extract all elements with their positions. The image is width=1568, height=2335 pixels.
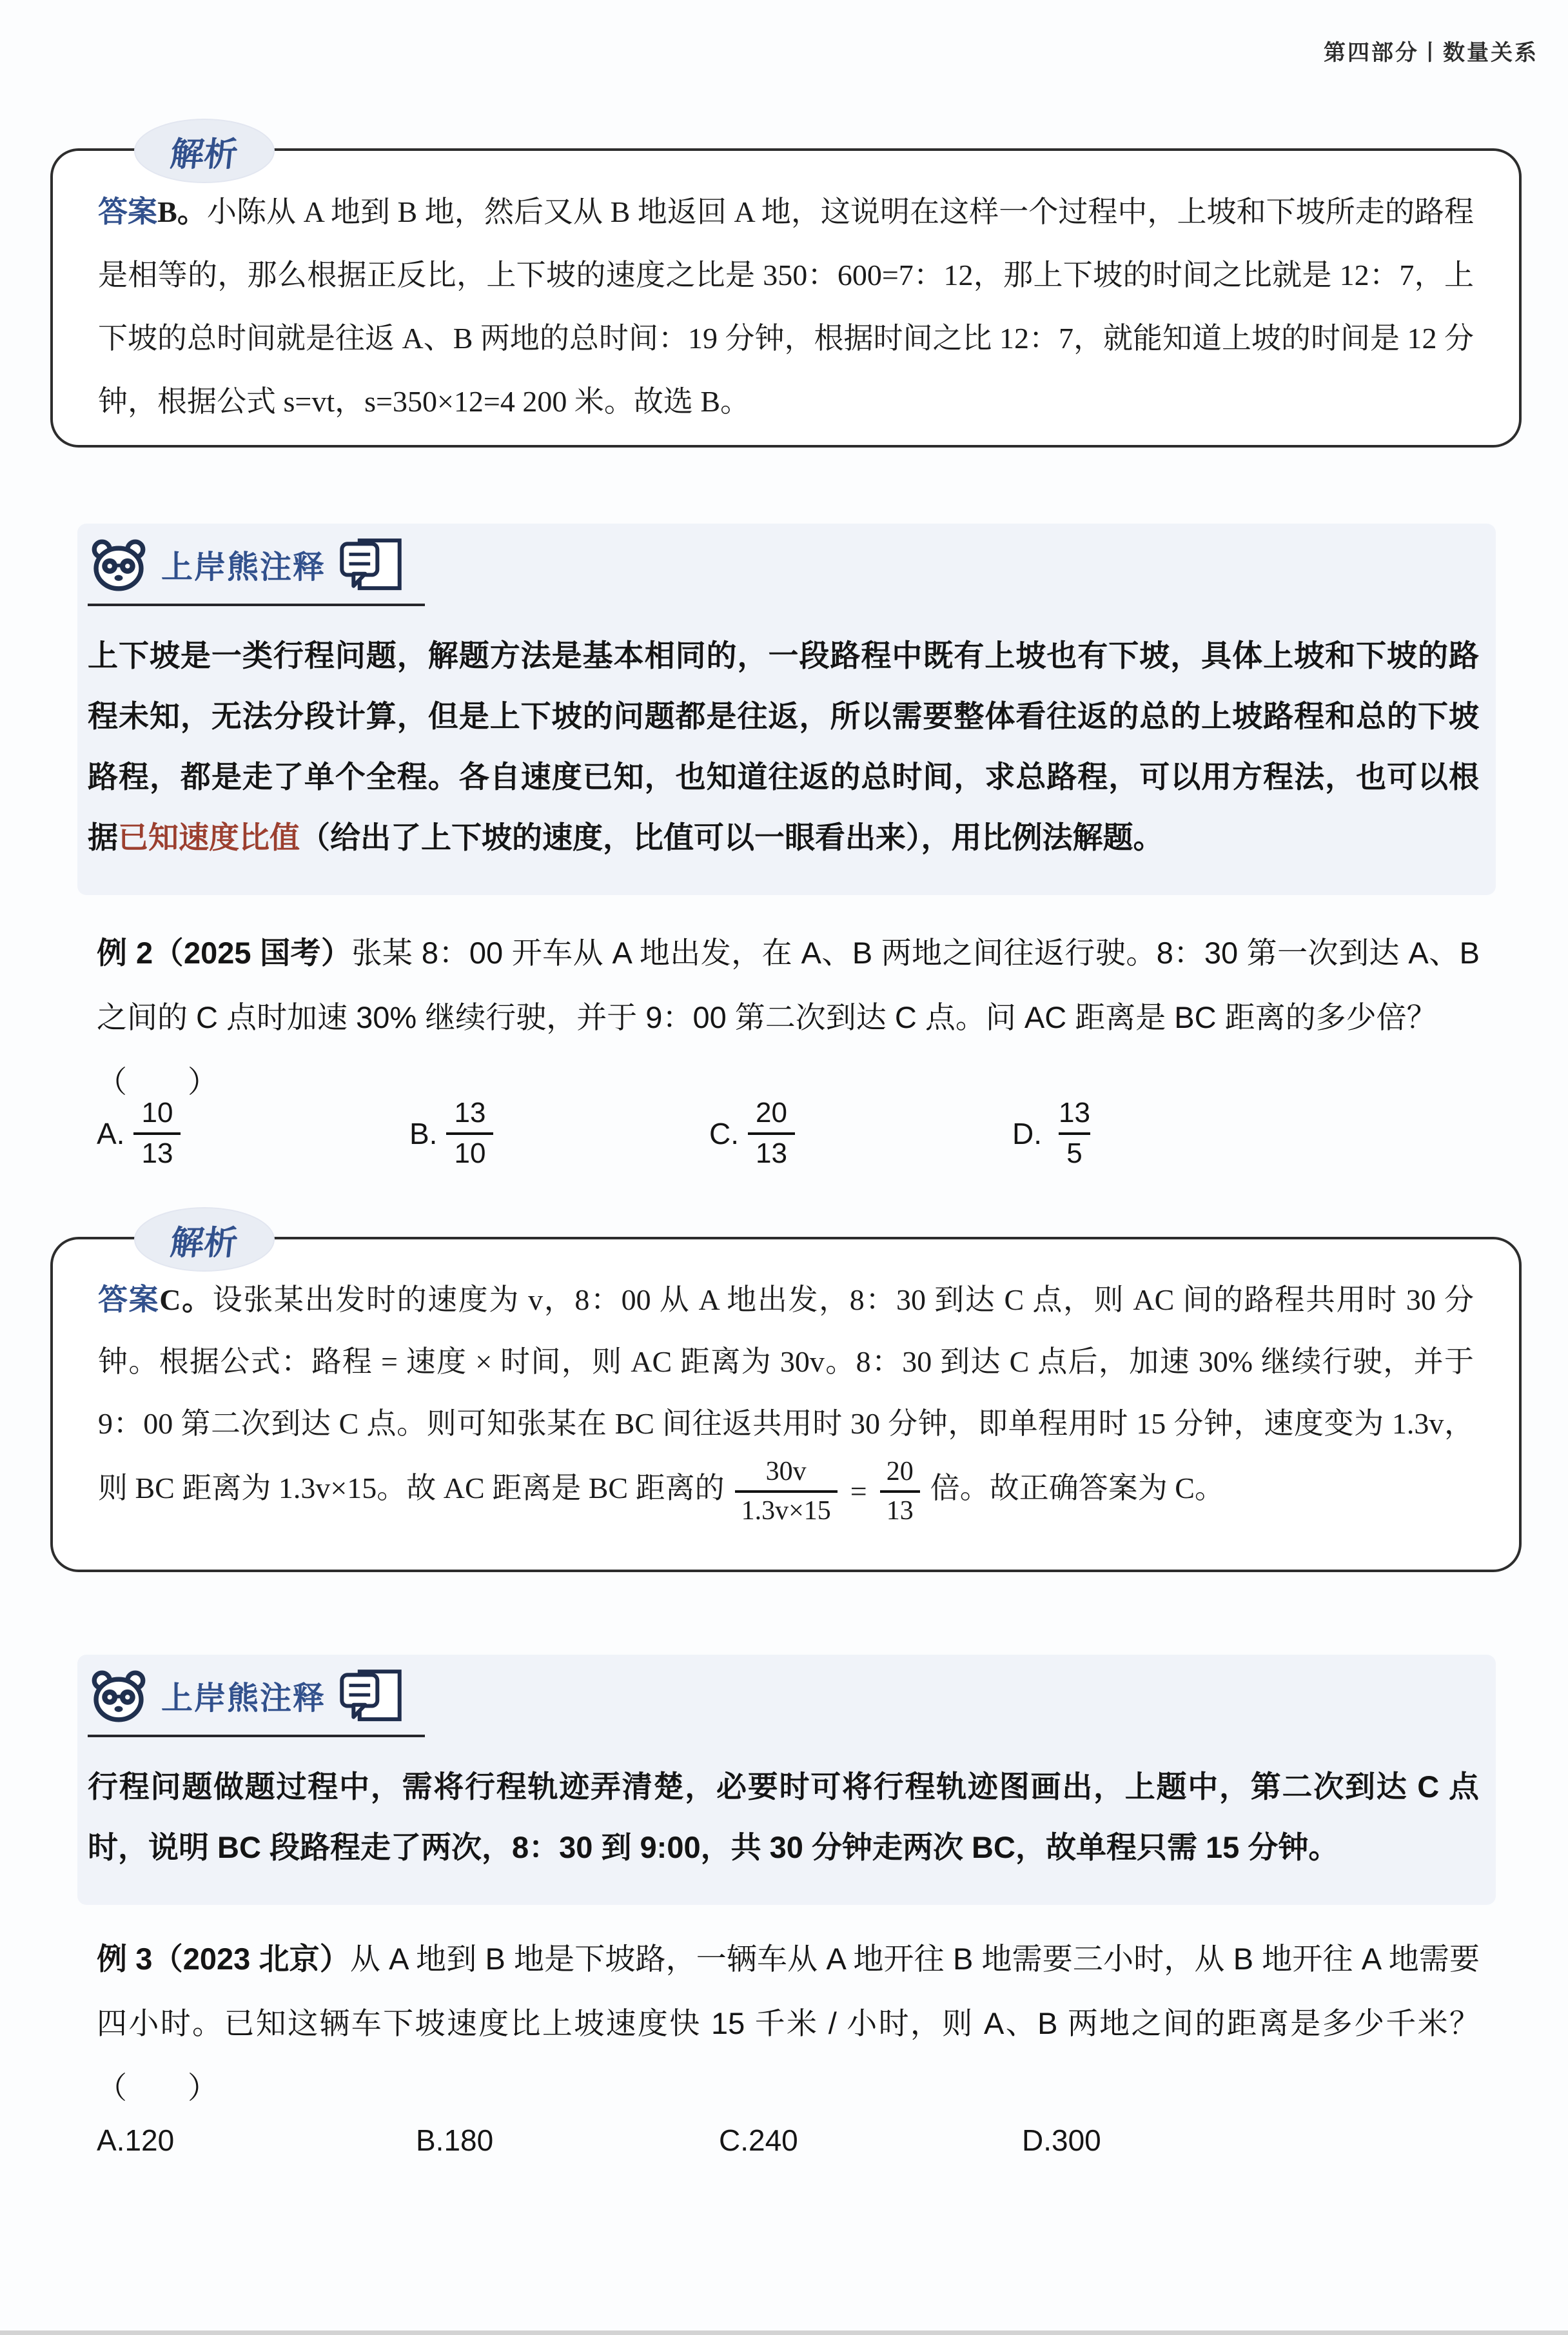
bear-note-2-header: 上岸熊注释 (88, 1665, 425, 1737)
option-a: A.120 (97, 2123, 174, 2158)
example-3-label: 例 3（2023 北京） (97, 1942, 350, 1976)
option-d-label: D. (1012, 1116, 1042, 1151)
inline-fraction-1: 30v1.3v×15 (735, 1455, 838, 1528)
analysis-label: 解析 (168, 127, 240, 175)
bear-note-1: 上岸熊注释 上下坡是一类行程问题，解题方法是基本相同的，一段路程中既有上坡也有下… (77, 524, 1496, 895)
comment-bubble-icon (338, 537, 403, 593)
option-a-label: A. (97, 1116, 124, 1151)
inline-fraction-1-numerator: 30v (759, 1455, 813, 1490)
option-d: D. 13 5 (1012, 1096, 1098, 1171)
option-c-label: C. (709, 1116, 739, 1151)
example-2: 例 2（2025 国考）张某 8：00 开车从 A 地出发，在 A、B 两地之间… (97, 921, 1480, 1114)
inline-fraction-2-denominator: 13 (880, 1490, 920, 1528)
analysis-label: 解析 (168, 1216, 240, 1264)
equals-sign: = (850, 1475, 867, 1508)
bear-note-2: 上岸熊注释 行程问题做题过程中，需将行程轨迹弄清楚，必要时可将行程轨迹图画出，上… (77, 1655, 1496, 1905)
option-c-denominator: 13 (748, 1132, 795, 1171)
option-b: B.180 (416, 2123, 493, 2158)
bear-note-1-header: 上岸熊注释 (88, 534, 425, 606)
option-d: D.300 (1022, 2123, 1101, 2158)
option-a: A. 10 13 (97, 1096, 181, 1171)
option-d-numerator: 13 (1051, 1096, 1098, 1132)
bear-icon (89, 1666, 148, 1726)
bear-note-title: 上岸熊注释 (161, 1673, 326, 1719)
answer-letter: C。 (159, 1283, 212, 1316)
note-1-highlight: 已知速度比值 (118, 820, 300, 854)
option-a-denominator: 13 (133, 1132, 181, 1171)
analysis-label-badge: 解析 (135, 1208, 273, 1270)
analysis-1-text: 答案B。小陈从 A 地到 B 地，然后又从 B 地返回 A 地，这说明在这样一个… (98, 181, 1474, 433)
example-3-answer-paren: （ ） (97, 2071, 218, 2105)
option-b-numerator: 13 (446, 1096, 493, 1132)
option-c-numerator: 20 (748, 1096, 795, 1132)
inline-fraction-1-denominator: 1.3v×15 (735, 1490, 838, 1528)
book-page: 第四部分丨数量关系 解析 答案B。小陈从 A 地到 B 地，然后又从 B 地返回… (0, 0, 1568, 2335)
analysis-2-text: 答案C。设张某出发时的速度为 v，8：00 从 A 地出发，8：30 到达 C … (98, 1269, 1474, 1528)
bear-note-title: 上岸熊注释 (161, 542, 326, 587)
example-2-label: 例 2（2025 国考） (97, 936, 351, 970)
option-c: C. 20 13 (709, 1096, 795, 1171)
option-d-denominator: 5 (1059, 1132, 1090, 1171)
answer-letter: B。 (157, 195, 207, 228)
option-b: B. 13 10 (409, 1096, 493, 1171)
option-c: C.240 (719, 2123, 798, 2158)
option-d-fraction: 13 5 (1051, 1096, 1098, 1171)
option-b-fraction: 13 10 (446, 1096, 493, 1171)
example-3: 例 3（2023 北京）从 A 地到 B 地是下坡路，一辆车从 A 地开往 B … (97, 1927, 1480, 2120)
analysis-box-2: 解析 答案C。设张某出发时的速度为 v，8：00 从 A 地出发，8：30 到达… (50, 1237, 1522, 1572)
comment-bubble-icon (338, 1668, 403, 1724)
inline-fraction-2-numerator: 20 (880, 1455, 920, 1490)
bear-note-1-text: 上下坡是一类行程问题，解题方法是基本相同的，一段路程中既有上坡也有下坡，具体上坡… (88, 626, 1479, 868)
option-c-fraction: 20 13 (748, 1096, 795, 1171)
bear-icon (89, 535, 148, 595)
page-header: 第四部分丨数量关系 (1324, 35, 1538, 66)
inline-fraction-2: 2013 (880, 1455, 920, 1528)
analysis-1-body: 小陈从 A 地到 B 地，然后又从 B 地返回 A 地，这说明在这样一个过程中，… (98, 195, 1474, 418)
answer-word: 答案 (98, 1283, 159, 1316)
option-a-fraction: 10 13 (133, 1096, 181, 1171)
option-b-label: B. (409, 1116, 437, 1151)
answer-word: 答案 (98, 195, 157, 228)
option-a-numerator: 10 (133, 1096, 181, 1132)
analysis-2-body-2: 倍。故正确答案为 C。 (930, 1472, 1224, 1504)
note-1-after: （给出了上下坡的速度，比值可以一眼看出来），用比例法解题。 (300, 820, 1164, 854)
analysis-box-1: 解析 答案B。小陈从 A 地到 B 地，然后又从 B 地返回 A 地，这说明在这… (50, 148, 1522, 448)
bear-note-2-text: 行程问题做题过程中，需将行程轨迹弄清楚，必要时可将行程轨迹图画出，上题中，第二次… (88, 1757, 1479, 1878)
analysis-label-badge: 解析 (135, 120, 273, 182)
option-b-denominator: 10 (446, 1132, 493, 1171)
